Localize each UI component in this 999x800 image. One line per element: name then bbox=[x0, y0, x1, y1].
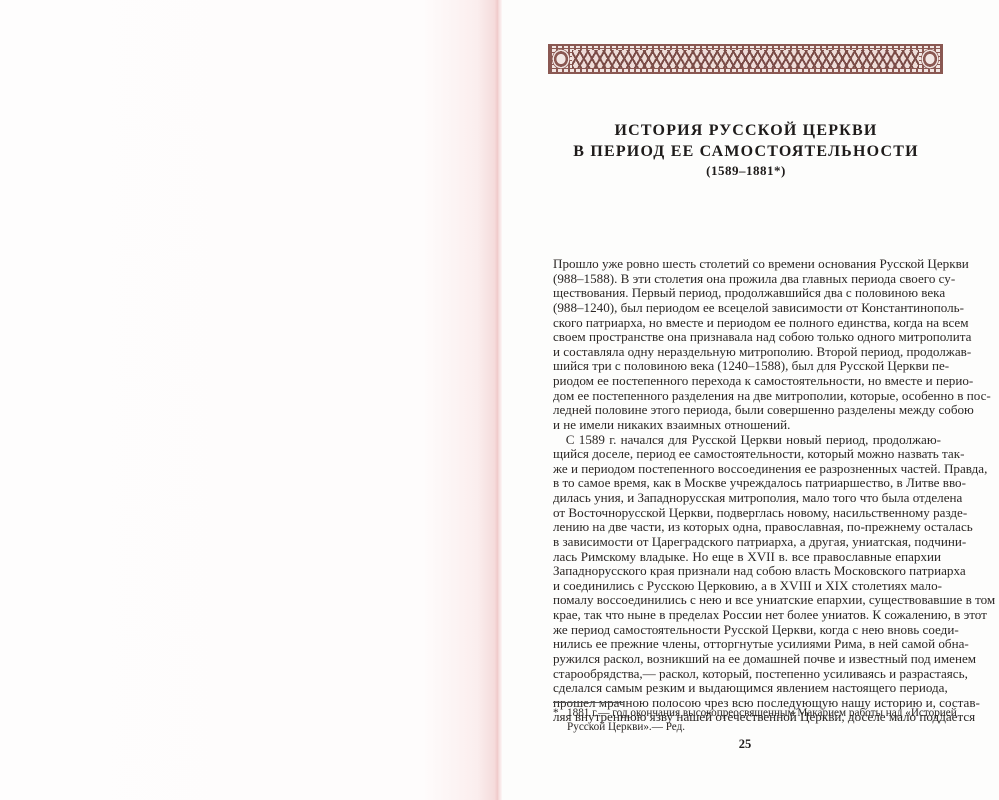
text-line: шийся три с половиною века (1240–1588), … bbox=[553, 359, 941, 374]
title-line-1: ИСТОРИЯ РУССКОЙ ЦЕРКВИ bbox=[530, 120, 962, 141]
text-line: риодом ее постепенного перехода к самост… bbox=[553, 374, 941, 389]
title-line-2: В ПЕРИОД ЕЕ САМОСТОЯТЕЛЬНОСТИ bbox=[530, 141, 962, 162]
title-dates: (1589–1881*) bbox=[530, 162, 962, 180]
text-line: в то самое время, как в Москве учреждало… bbox=[553, 476, 941, 491]
text-line: ществования. Первый период, продолжавший… bbox=[553, 286, 941, 301]
text-line: помалу воссоединились с нею и все униатс… bbox=[553, 593, 941, 608]
text-line: и соединились с Русскою Церковию, а в XV… bbox=[553, 579, 941, 594]
text-line: Западнорусского края признали над собою … bbox=[553, 564, 941, 579]
footnote-marker: * bbox=[553, 707, 567, 721]
text-line: (988–1588). В эти столетия она прожила д… bbox=[553, 272, 941, 287]
text-line: же период самостоятельности Русской Церк… bbox=[553, 623, 941, 638]
text-line: ского патриарха, но вместе и периодом ее… bbox=[553, 316, 941, 331]
text-line: дилась уния, и Западнорусская митрополия… bbox=[553, 491, 941, 506]
text-line: ледней половине этого периода, были сове… bbox=[553, 403, 941, 418]
footnote-line-2: Русской Церкви».— Ред. bbox=[553, 721, 941, 735]
ornament-leaf-icon bbox=[552, 49, 570, 69]
text-line: лась Римскому владыке. Но еще в XVII в. … bbox=[553, 550, 941, 565]
page-number: 25 bbox=[730, 737, 760, 752]
book-gutter bbox=[494, 0, 502, 800]
footnote: *1881 г.— год окончания высокопреосвящен… bbox=[553, 707, 941, 734]
body-text: Прошло уже ровно шесть столетий со време… bbox=[553, 257, 941, 725]
text-line: крае, так что ныне в пределах России нет… bbox=[553, 608, 941, 623]
ornament-pattern bbox=[572, 50, 919, 68]
text-line: от Восточнорусской Церкви, подверглась н… bbox=[553, 506, 941, 521]
text-line: С 1589 г. начался для Русской Церкви нов… bbox=[553, 433, 941, 448]
text-line: щийся доселе, период ее самостоятельност… bbox=[553, 447, 941, 462]
left-page-blank bbox=[0, 0, 497, 800]
text-line: сделался самым резким и выдающимся явлен… bbox=[553, 681, 941, 696]
text-line: Прошло уже ровно шесть столетий со време… bbox=[553, 257, 941, 272]
chapter-title: ИСТОРИЯ РУССКОЙ ЦЕРКВИ В ПЕРИОД ЕЕ САМОС… bbox=[530, 120, 962, 180]
footnote-text: 1881 г.— год окончания высокопреосвященн… bbox=[567, 707, 957, 719]
text-line: ружился раскол, возникший на ее домашней… bbox=[553, 652, 941, 667]
text-line: (988–1240), был периодом ее всецелой зав… bbox=[553, 301, 941, 316]
text-line: и не имели никаких взаимных отношений. bbox=[553, 418, 941, 433]
footnote-divider bbox=[553, 702, 623, 703]
decorative-header-ornament bbox=[548, 44, 943, 74]
text-line: дом ее постепенного разделения на две ми… bbox=[553, 389, 941, 404]
text-line: же и периодом постепенного воссоединения… bbox=[553, 462, 941, 477]
text-line: в зависимости от Цареградского патриарха… bbox=[553, 535, 941, 550]
ornament-leaf-icon bbox=[921, 49, 939, 69]
text-line: старообрядства,— раскол, который, постеп… bbox=[553, 667, 941, 682]
text-line: своем пространстве она признавала над со… bbox=[553, 330, 941, 345]
text-line: нились ее прежние члены, отторгнутые уси… bbox=[553, 637, 941, 652]
text-line: и составляла одну нераздельную митрополи… bbox=[553, 345, 941, 360]
book-spread: ИСТОРИЯ РУССКОЙ ЦЕРКВИ В ПЕРИОД ЕЕ САМОС… bbox=[0, 0, 999, 800]
footnote-line-1: *1881 г.— год окончания высокопреосвящен… bbox=[553, 707, 941, 721]
text-line: лению на две части, из которых одна, пра… bbox=[553, 520, 941, 535]
